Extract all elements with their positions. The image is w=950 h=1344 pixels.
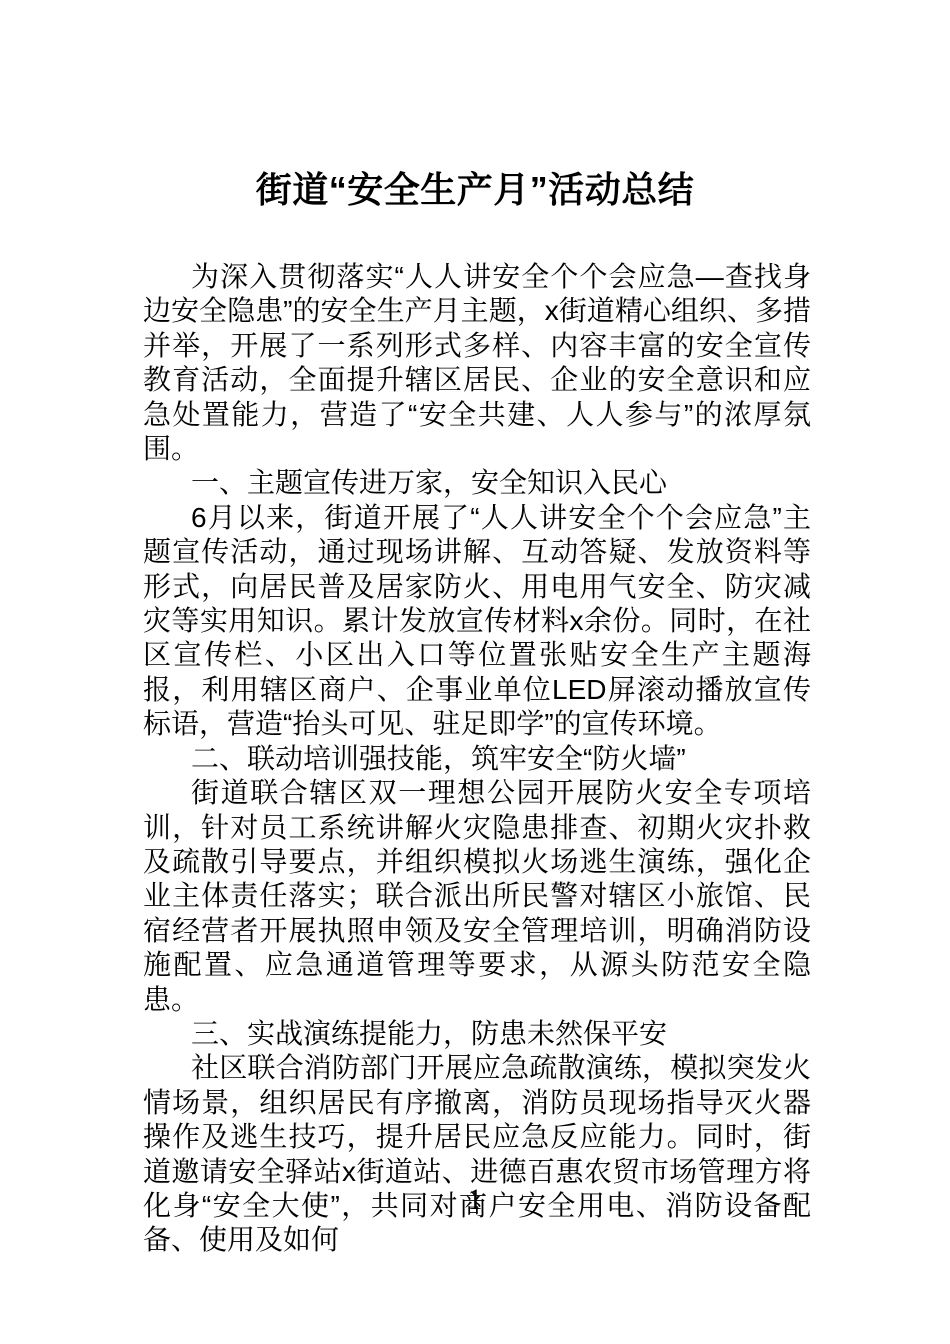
page-number: 1 xyxy=(0,1182,950,1218)
paragraph-intro: 为深入贯彻落实“人人讲安全个个会应急—查找身边安全隐患”的安全生产月主题，x街道… xyxy=(143,260,811,466)
paragraph-section-1: 6月以来，街道开展了“人人讲安全个个会应急”主题宣传活动，通过现场讲解、互动答疑… xyxy=(143,501,811,742)
section-heading-1: 一、主题宣传进万家，安全知识入民心 xyxy=(143,466,811,500)
section-heading-3: 三、实战演练提能力，防患未然保平安 xyxy=(143,1017,811,1051)
paragraph-section-2: 街道联合辖区双一理想公园开展防火安全专项培训，针对员工系统讲解火灾隐患排查、初期… xyxy=(143,776,811,1017)
section-heading-2: 二、联动培训强技能，筑牢安全“防火墙” xyxy=(143,742,811,776)
document-title: 街道“安全生产月”活动总结 xyxy=(0,166,950,214)
document-body: 为深入贯彻落实“人人讲安全个个会应急—查找身边安全隐患”的安全生产月主题，x街道… xyxy=(143,260,811,1258)
paragraph-section-3: 社区联合消防部门开展应急疏散演练，模拟突发火情场景，组织居民有序撤离，消防员现场… xyxy=(143,1051,811,1257)
document-page: 街道“安全生产月”活动总结 为深入贯彻落实“人人讲安全个个会应急—查找身边安全隐… xyxy=(0,0,950,1344)
